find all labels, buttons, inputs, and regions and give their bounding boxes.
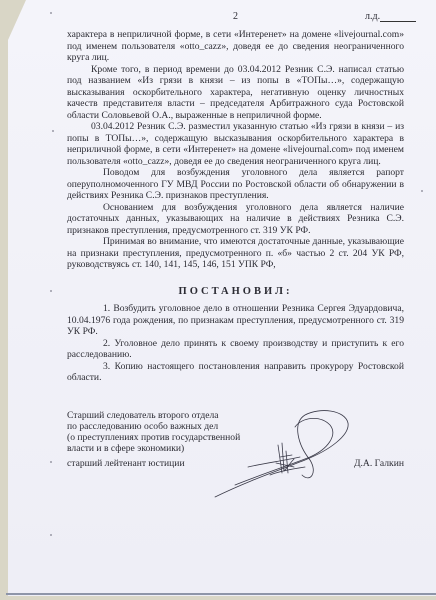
- resolution-item: 3. Копию настоящего постановления направ…: [67, 361, 404, 384]
- document-body: характера в неприличной форме, в сети «И…: [67, 29, 404, 384]
- scan-speck: [50, 290, 52, 292]
- handwritten-signature: [210, 405, 360, 500]
- paragraph: Поводом для возбуждения уголовного дела …: [67, 167, 404, 202]
- scan-speck: [50, 461, 52, 463]
- case-file-blank: [380, 11, 416, 22]
- case-file-ref: л.д.: [365, 11, 416, 22]
- page-number: 2: [233, 11, 238, 22]
- resolution-item: 1. Возбудить уголовное дело в отношении …: [67, 303, 404, 338]
- paragraph: характера в неприличной форме, в сети «И…: [67, 29, 404, 64]
- signatory-name: Д.А. Галкин: [354, 458, 404, 469]
- resolution-heading: ПОСТАНОВИЛ:: [67, 286, 404, 298]
- scan-speck: [50, 12, 52, 14]
- scan-speck: [50, 534, 52, 536]
- paragraph: Основанием для возбуждения уголовного де…: [67, 202, 404, 237]
- paragraph: Кроме того, в период времени до 03.04.20…: [67, 64, 404, 122]
- signatory-rank: старший лейтенант юстиции: [67, 458, 185, 469]
- resolution-item: 2. Уголовное дело принять к своему произ…: [67, 338, 404, 361]
- paragraph: 03.04.2012 Резник С.Э. разместил указанн…: [67, 121, 404, 167]
- scan-speck: [421, 190, 423, 192]
- case-file-label: л.д.: [365, 11, 380, 22]
- scan-speck: [52, 130, 54, 132]
- page-bottom-edge: [6, 593, 436, 595]
- paragraph: Принимая во внимание, что имеются достат…: [67, 236, 404, 271]
